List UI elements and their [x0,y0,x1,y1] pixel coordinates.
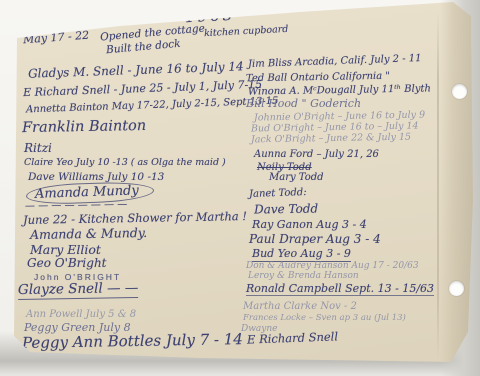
guest-entry: Winona A. MᶜDougall July 11ᵗʰ Blyth [248,83,431,97]
guest-entry: Martha Clarke Nov - 2 [243,301,357,312]
guest-entry: Aunna Ford – July 21, 26 [254,149,379,160]
guest-entry: Peggy Ann Bottles July 7 - 14 [22,330,243,352]
guest-entry: Jack O'Bright – June 22 & July 15 [251,132,411,146]
guest-entry: Gladys M. Snell - June 16 to July 14 [28,59,244,81]
guest-entry: E Richard Snell - June 25 - July 1, July… [23,78,263,99]
guest-entry: Claire Yeo July 10 -13 ( as Olga the mai… [24,157,226,168]
guest-entry: Annetta Bainton May 17-22, July 2-15, Se… [26,96,279,116]
dashed-separator: — — — — — — — — [25,199,127,212]
guest-entry: Dave Todd [254,201,318,216]
guest-entry: Franklin Bainton [22,118,146,136]
guest-entry: Ray Ganon Aug 3 - 4 [252,218,367,231]
punch-hole-bottom [449,281,464,296]
guest-entry: Leroy & Brenda Hanson [248,271,359,281]
guest-entry: Ann Powell July 5 & 8 [26,309,136,320]
guest-entry: Mary Todd [269,172,324,183]
kitchen-note: kitchen cupboard [204,24,289,39]
guest-entry: Ronald Campbell Sept. 13 - 15/63 [246,282,434,296]
guest-entry: Dave Williams July 10 -13 [28,171,164,183]
scanned-page: 1963 May 17 - 22 Opened the cottage Buil… [0,0,480,376]
guest-entry: Geo O'Bright [27,256,107,270]
guest-entry: Ritzi [24,141,52,155]
page-crease [437,10,439,362]
guest-entry: Bill Hood " Goderich [246,97,361,110]
guest-entry: Bud Yeo Aug 3 - 9 [252,247,351,262]
guest-entry: Paul Draper Aug 3 - 4 [249,232,381,246]
punch-hole-top [452,84,467,99]
signature: E Richard Snell [247,329,338,346]
guest-entry: Mary Elliot [30,242,101,257]
header-date-range: May 17 - 22 [23,29,90,47]
guest-entry: Frances Locke – Sven ap 3 au (Jul 13) [243,313,406,323]
guest-entry: Jim Bliss Arcadia, Calif. July 2 - 11 [248,53,422,70]
guest-entry: Glayze Snell — — [18,280,139,300]
guest-entry: Ted Ball Ontario California " [246,71,390,85]
guest-entry: Don & Audrey Hanson Aug 17 - 20/63 [246,261,419,271]
guest-entry: Janet Todd: [249,187,307,200]
guest-entry: Amanda & Mundy. [30,225,147,242]
